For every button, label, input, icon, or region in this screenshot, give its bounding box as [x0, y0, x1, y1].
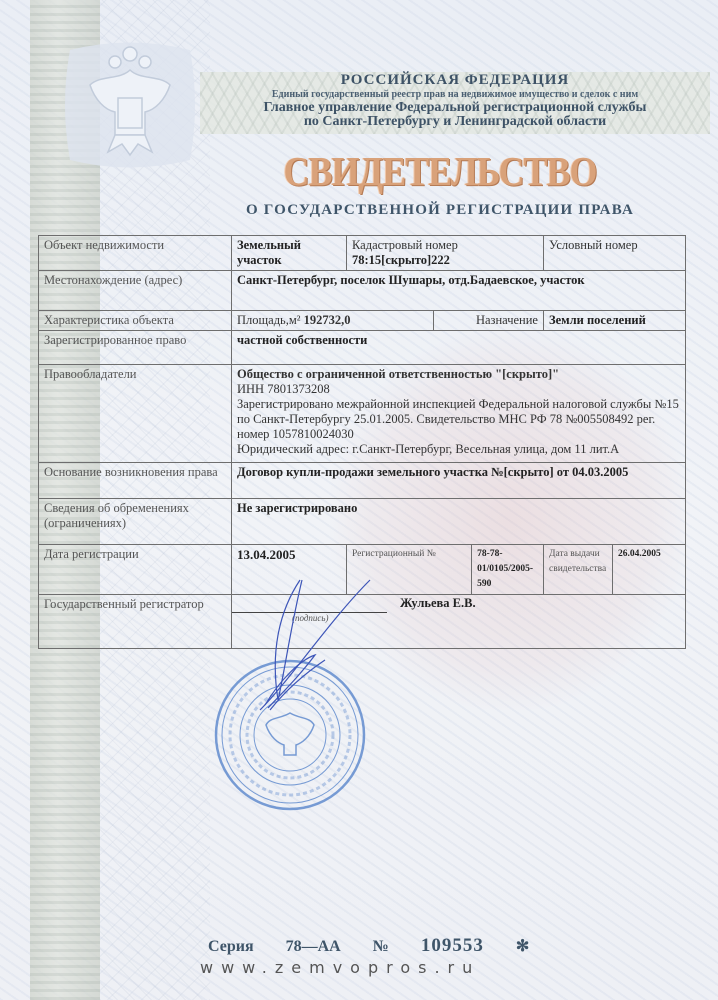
encumbrance-label: Сведения об обременениях (ограничениях)	[39, 499, 232, 545]
object-value: Земельный участок	[232, 236, 347, 271]
series-line: Серия 78—АА № 109553 ✻	[208, 935, 555, 957]
holders-label: Правообладатели	[39, 365, 232, 463]
registrar-name: Жульева Е.В.	[400, 596, 476, 611]
purpose-value: Земли поселений	[543, 311, 685, 331]
handwritten-signature	[240, 560, 380, 720]
holder-inn: ИНН 7801373208	[237, 382, 680, 397]
number-sign: №	[373, 938, 389, 955]
asterisk-mark-icon: ✻	[516, 938, 529, 955]
document-title: СВИДЕТЕЛЬСТВО	[200, 147, 680, 195]
agency-region: по Санкт-Петербургу и Ленинградской обла…	[200, 114, 710, 130]
cadastral-label: Кадастровый номер	[352, 238, 538, 253]
registrar-label: Государственный регистратор	[39, 595, 232, 649]
series-value: 78—АА	[286, 938, 341, 955]
issue-date-label: Дата выдачи свидетельства	[544, 545, 613, 595]
right-label: Зарегистрированное право	[39, 331, 232, 365]
cadastral-cell: Кадастровый номер 78:15[скрыто]222	[347, 236, 544, 271]
encumbrance-value: Не зарегистрировано	[232, 499, 686, 545]
location-label: Местонахождение (адрес)	[39, 271, 232, 311]
document-subtitle: О ГОСУДАРСТВЕННОЙ РЕГИСТРАЦИИ ПРАВА	[200, 202, 680, 219]
holder-address: Юридический адрес: г.Санкт-Петербург, Ве…	[237, 442, 680, 457]
holder-name: Общество с ограниченной ответственностью…	[237, 367, 680, 382]
holders-cell: Общество с ограниченной ответственностью…	[232, 365, 686, 463]
characteristic-label: Характеристика объекта	[39, 311, 232, 331]
object-label: Объект недвижимости	[39, 236, 232, 271]
holder-registration: Зарегистрировано межрайонной инспекцией …	[237, 397, 680, 442]
registry-name: Единый государственный реестр прав на не…	[200, 89, 710, 100]
area-value: 192732,0	[304, 313, 351, 327]
basis-label: Основание возникновения права	[39, 463, 232, 499]
cadastral-value: 78:15[скрыто]222	[352, 253, 538, 268]
country-name: РОССИЙСКАЯ ФЕДЕРАЦИЯ	[200, 72, 710, 89]
area-cell: Площадь,м² 192732,0	[232, 311, 434, 331]
location-value: Санкт-Петербург, поселок Шушары, отд.Бад…	[232, 271, 686, 311]
issue-date-value: 26.04.2005	[613, 545, 686, 595]
conditional-label: Условный номер	[543, 236, 685, 271]
purpose-label: Назначение	[434, 311, 544, 331]
reg-number-value: 78-78-01/0105/2005-590	[472, 545, 544, 595]
website-watermark: www.zemvopros.ru	[200, 958, 480, 977]
area-label: Площадь,м²	[237, 313, 301, 327]
series-label: Серия	[208, 938, 254, 955]
reg-date-label: Дата регистрации	[39, 545, 232, 595]
basis-value: Договор купли-продажи земельного участка…	[232, 463, 686, 499]
coat-of-arms-icon	[60, 40, 200, 170]
right-value: частной собственности	[232, 331, 686, 365]
certificate-number: 109553	[421, 935, 484, 956]
